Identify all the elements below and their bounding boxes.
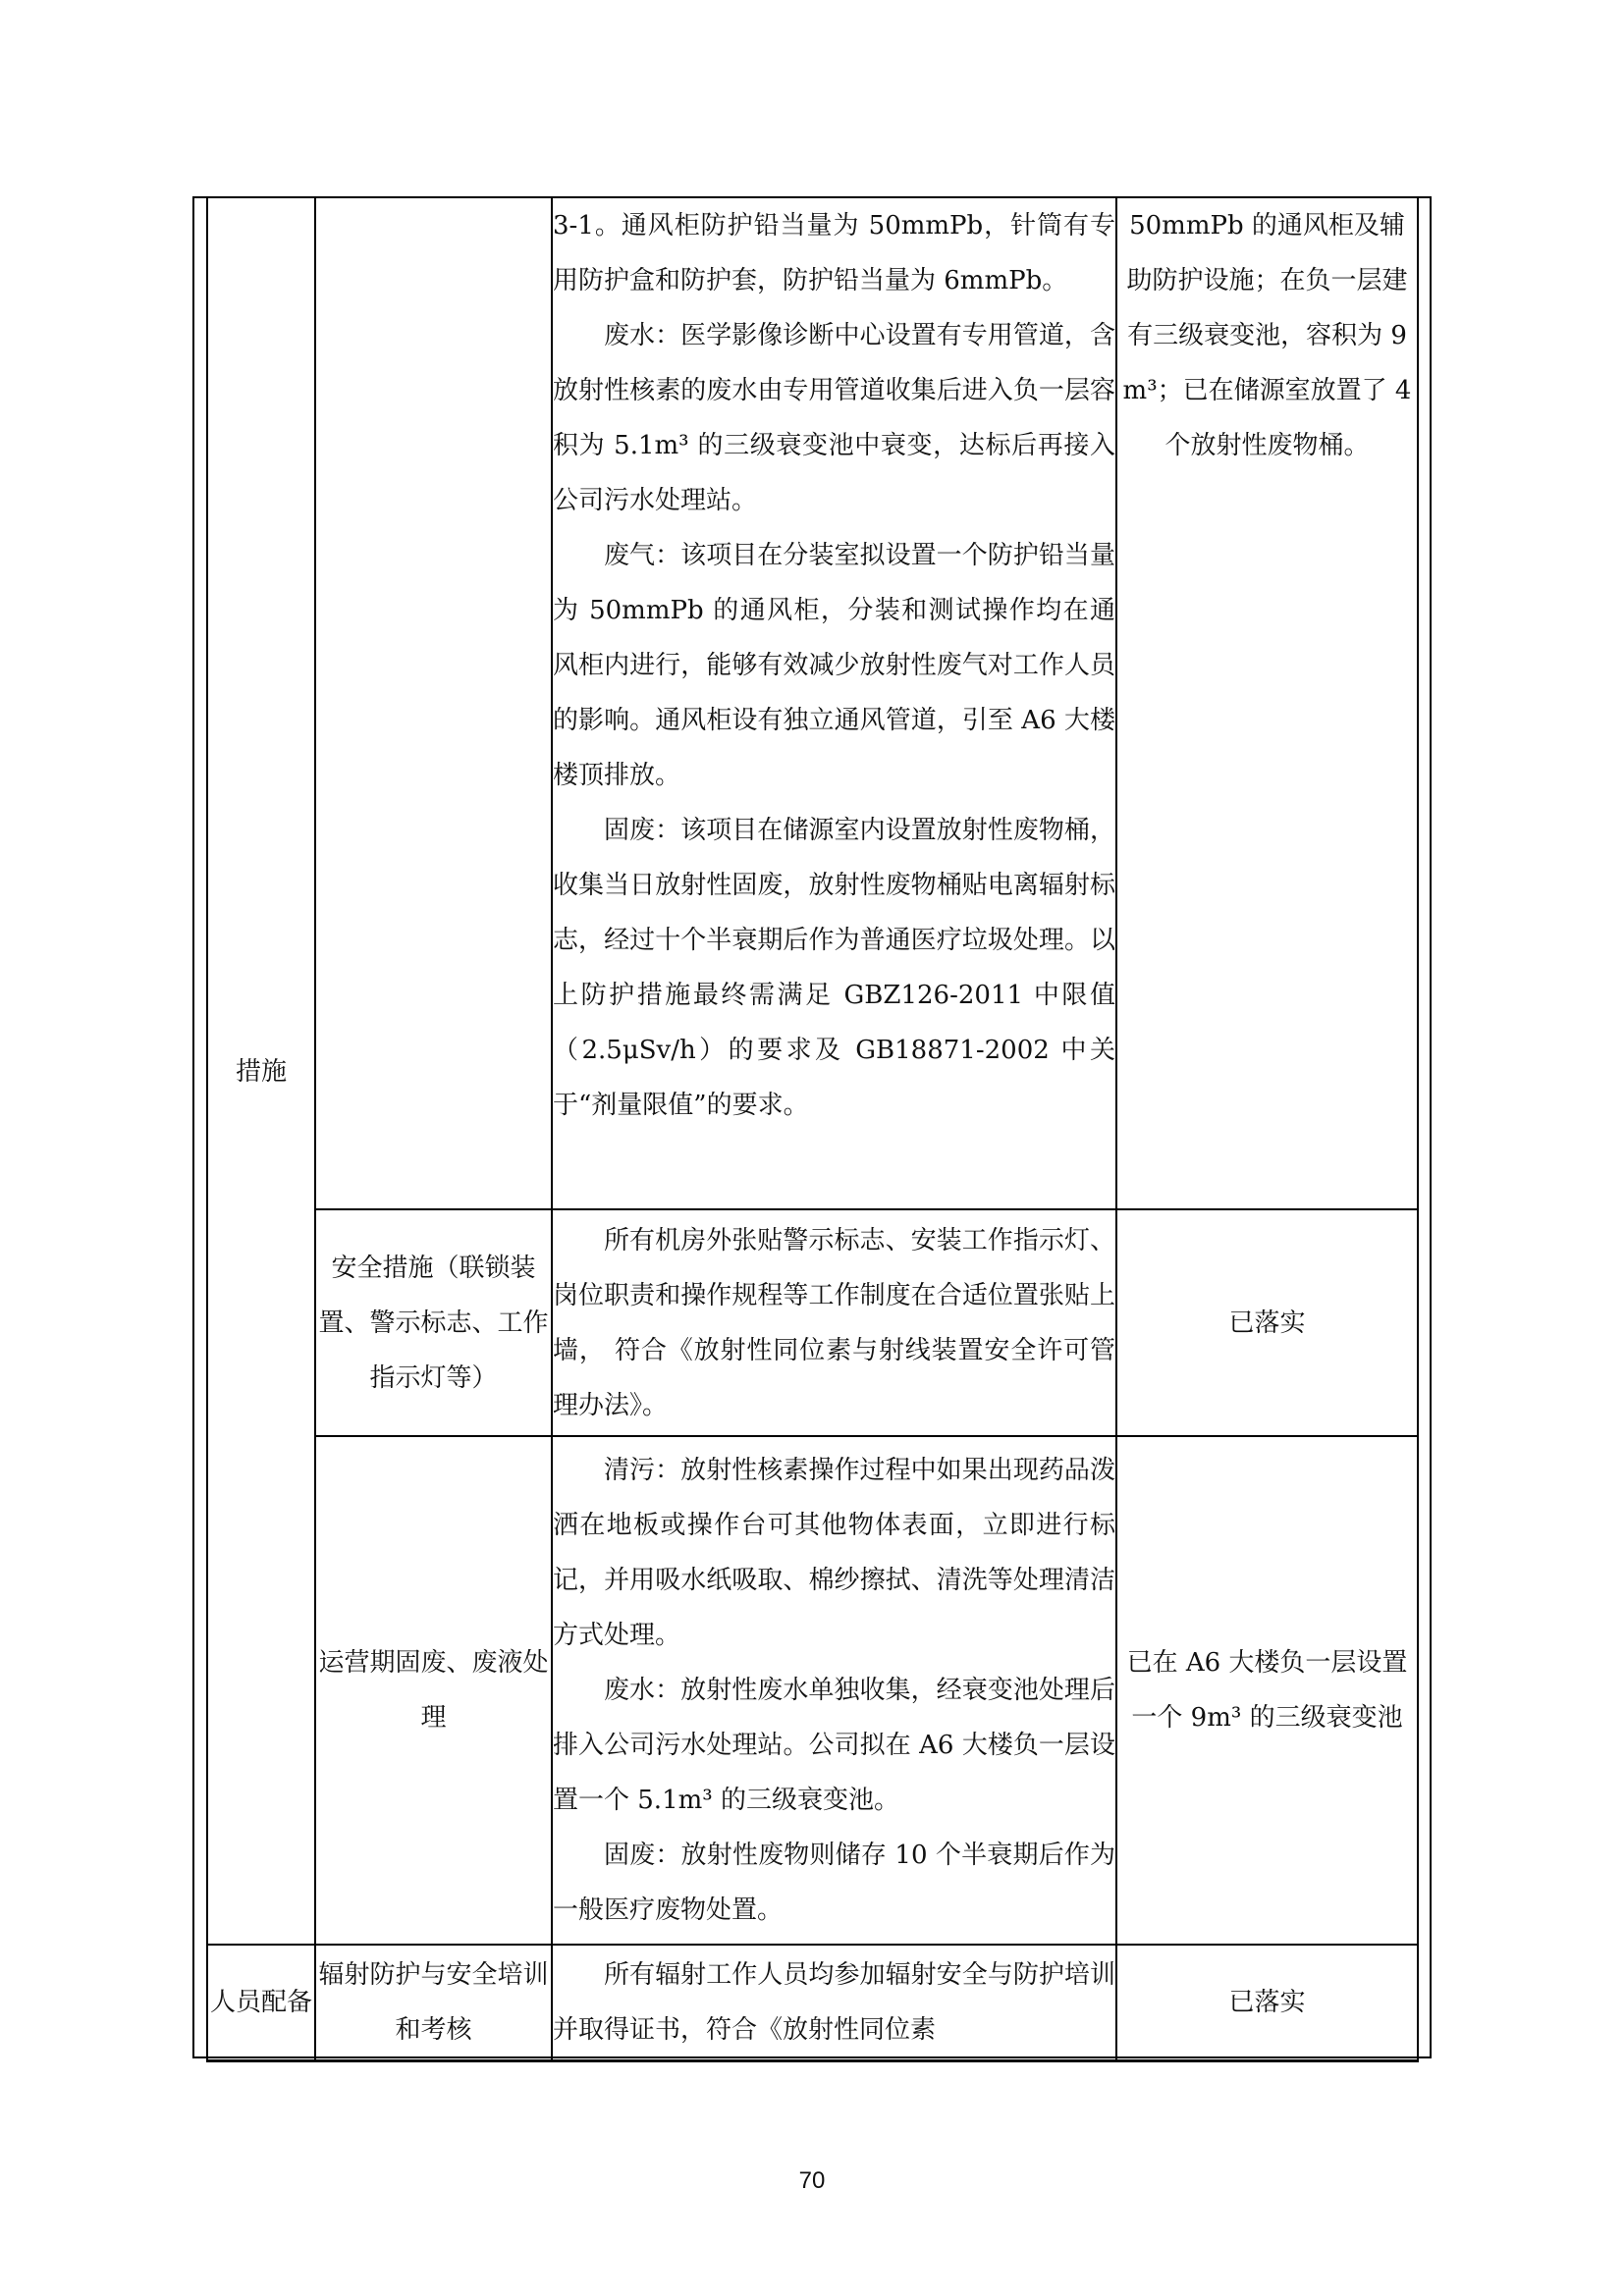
description-cell: 3-1。通风柜防护铅当量为 50mmPb，针筒有专用防护盒和防护套，防护铅当量为… [552, 197, 1116, 1209]
category-label: 人员配备 [210, 1988, 312, 2017]
item-cell-safety-measures: 安全措施（联锁装置、警示标志、工作指示灯等） [315, 1209, 552, 1436]
acceptance-table: 措施 3-1。通风柜防护铅当量为 50mmPb，针筒有专用防护盒和防护套，防护铅… [206, 196, 1419, 2062]
table-row: 人员配备 辐射防护与安全培训和考核 所有辐射工作人员均参加辐射安全与防护培训并取… [207, 1945, 1418, 2060]
description-paragraph: 所有辐射工作人员均参加辐射安全与防护培训并取得证书，符合《放射性同位素 [553, 1948, 1115, 2057]
description-paragraph-cleanup: 清污：放射性核素操作过程中如果出现药品泼洒在地板或操作台可其他物体表面，立即进行… [553, 1443, 1115, 1663]
table-row: 安全措施（联锁装置、警示标志、工作指示灯等） 所有机房外张贴警示标志、安装工作指… [207, 1209, 1418, 1436]
category-cell-staffing: 人员配备 [207, 1945, 315, 2060]
item-cell-training: 辐射防护与安全培训和考核 [315, 1945, 552, 2060]
description-paragraph-exhaust: 废气：该项目在分装室拟设置一个防护铅当量为 50mmPb 的通风柜，分装和测试操… [553, 528, 1115, 803]
status-cell: 已落实 [1116, 1945, 1418, 2060]
description-cell: 所有辐射工作人员均参加辐射安全与防护培训并取得证书，符合《放射性同位素 [552, 1945, 1116, 2060]
table-row: 运营期固废、废液处理 清污：放射性核素操作过程中如果出现药品泼洒在地板或操作台可… [207, 1436, 1418, 1945]
description-cell: 清污：放射性核素操作过程中如果出现药品泼洒在地板或操作台可其他物体表面，立即进行… [552, 1436, 1116, 1945]
status-cell: 50mmPb 的通风柜及辅助防护设施；在负一层建有三级衰变池，容积为 9m³；已… [1116, 197, 1418, 1209]
table-row: 措施 3-1。通风柜防护铅当量为 50mmPb，针筒有专用防护盒和防护套，防护铅… [207, 197, 1418, 1209]
description-paragraph-wastewater: 废水：放射性废水单独收集，经衰变池处理后排入公司污水处理站。公司拟在 A6 大楼… [553, 1663, 1115, 1828]
status-cell: 已在 A6 大楼负一层设置一个 9m³ 的三级衰变池 [1116, 1436, 1418, 1945]
description-paragraph-solid-waste: 固废：该项目在储源室内设置放射性废物桶，收集当日放射性固废，放射性废物桶贴电离辐… [553, 803, 1115, 1133]
status-cell: 已落实 [1116, 1209, 1418, 1436]
category-cell-measures: 措施 [207, 197, 315, 1945]
category-label: 措施 [208, 1042, 314, 1099]
description-paragraph-solid-waste: 固废：放射性废物则储存 10 个半衰期后作为一般医疗废物处置。 [553, 1828, 1115, 1938]
description-cell: 所有机房外张贴警示标志、安装工作指示灯、岗位职责和操作规程等工作制度在合适位置张… [552, 1209, 1116, 1436]
item-cell-waste-treatment: 运营期固废、废液处理 [315, 1436, 552, 1945]
description-paragraph: 3-1。通风柜防护铅当量为 50mmPb，针筒有专用防护盒和防护套，防护铅当量为… [553, 198, 1115, 308]
description-paragraph: 所有机房外张贴警示标志、安装工作指示灯、岗位职责和操作规程等工作制度在合适位置张… [553, 1213, 1115, 1433]
item-cell-empty [315, 197, 552, 1209]
description-paragraph-wastewater: 废水：医学影像诊断中心设置有专用管道，含放射性核素的废水由专用管道收集后进入负一… [553, 308, 1115, 528]
page-number: 70 [0, 2167, 1624, 2195]
